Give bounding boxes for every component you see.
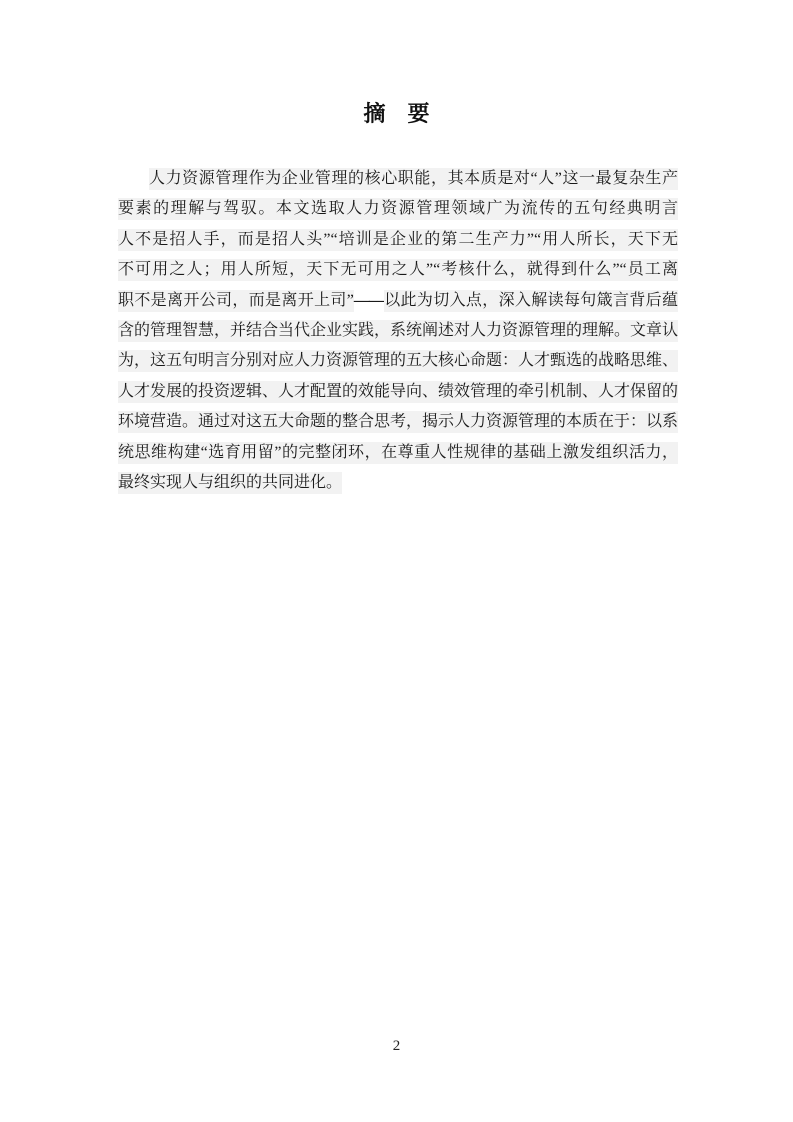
abstract-line: 最终实现人与组织的共同进化。 <box>118 468 678 498</box>
abstract-line: 人力资源管理作为企业管理的核心职能，其本质是对“人”这一最复杂生产 <box>118 164 678 194</box>
abstract-text: 为，这五句明言分别对应人力资源管理的五大核心命题：人才甄选的战略思维、 <box>118 350 678 372</box>
abstract-line: 不可用之人；用人所短，天下无可用之人”“考核什么，就得到什么”“员工离 <box>118 255 678 285</box>
abstract-line: 人不是招人手，而是招人头”“培训是企业的第二生产力”“用人所长，天下无 <box>118 225 678 255</box>
abstract-text: 以此为切入点，深入解读每句箴言背后蕴 <box>384 290 678 312</box>
page-number: 2 <box>0 1038 793 1054</box>
abstract-line: 要素的理解与驾驭。本文选取人力资源管理领域广为流传的五句经典明言——“招 <box>118 194 678 224</box>
abstract-text: 人力资源管理作为企业管理的核心职能，其本质是对“人”这一最复杂生产 <box>149 168 678 190</box>
abstract-line: 环境营造。通过对这五大命题的整合思考，揭示人力资源管理的本质在于：以系 <box>118 407 678 437</box>
abstract-text: 含的管理智慧，并结合当代企业实践，系统阐述对人力资源管理的理解。文章认 <box>118 320 678 342</box>
document-page: 摘 要 人力资源管理作为企业管理的核心职能，其本质是对“人”这一最复杂生产要素的… <box>0 0 793 1122</box>
abstract-line: 含的管理智慧，并结合当代企业实践，系统阐述对人力资源管理的理解。文章认 <box>118 316 678 346</box>
abstract-text: 人才发展的投资逻辑、人才配置的效能导向、绩效管理的牵引机制、人才保留的 <box>118 381 678 403</box>
abstract-text: 统思维构建“选育用留”的完整闭环，在尊重人性规律的基础上激发组织活力， <box>118 442 678 464</box>
abstract-line: 为，这五句明言分别对应人力资源管理的五大核心命题：人才甄选的战略思维、 <box>118 346 678 376</box>
page-title: 摘 要 <box>0 100 793 128</box>
abstract-line: 人才发展的投资逻辑、人才配置的效能导向、绩效管理的牵引机制、人才保留的 <box>118 377 678 407</box>
abstract-line: 职不是离开公司，而是离开上司”——以此为切入点，深入解读每句箴言背后蕴 <box>118 286 678 316</box>
abstract-text: 职不是离开公司，而是离开上司” <box>118 290 354 312</box>
abstract-text: 环境营造。通过对这五大命题的整合思考，揭示人力资源管理的本质在于：以系 <box>118 411 678 433</box>
abstract-text: 要素的理解与驾驭。本文选取人力资源管理领域广为流传的五句经典明言 <box>118 198 678 220</box>
abstract-paragraph: 人力资源管理作为企业管理的核心职能，其本质是对“人”这一最复杂生产要素的理解与驾… <box>118 164 678 498</box>
abstract-text: 最终实现人与组织的共同进化。 <box>118 472 342 494</box>
em-dash: —— <box>354 292 384 309</box>
abstract-line: 统思维构建“选育用留”的完整闭环，在尊重人性规律的基础上激发组织活力， <box>118 438 678 468</box>
abstract-text: 人不是招人手，而是招人头”“培训是企业的第二生产力”“用人所长，天下无 <box>118 229 678 251</box>
abstract-text: 不可用之人；用人所短，天下无可用之人”“考核什么，就得到什么”“员工离 <box>118 259 678 281</box>
